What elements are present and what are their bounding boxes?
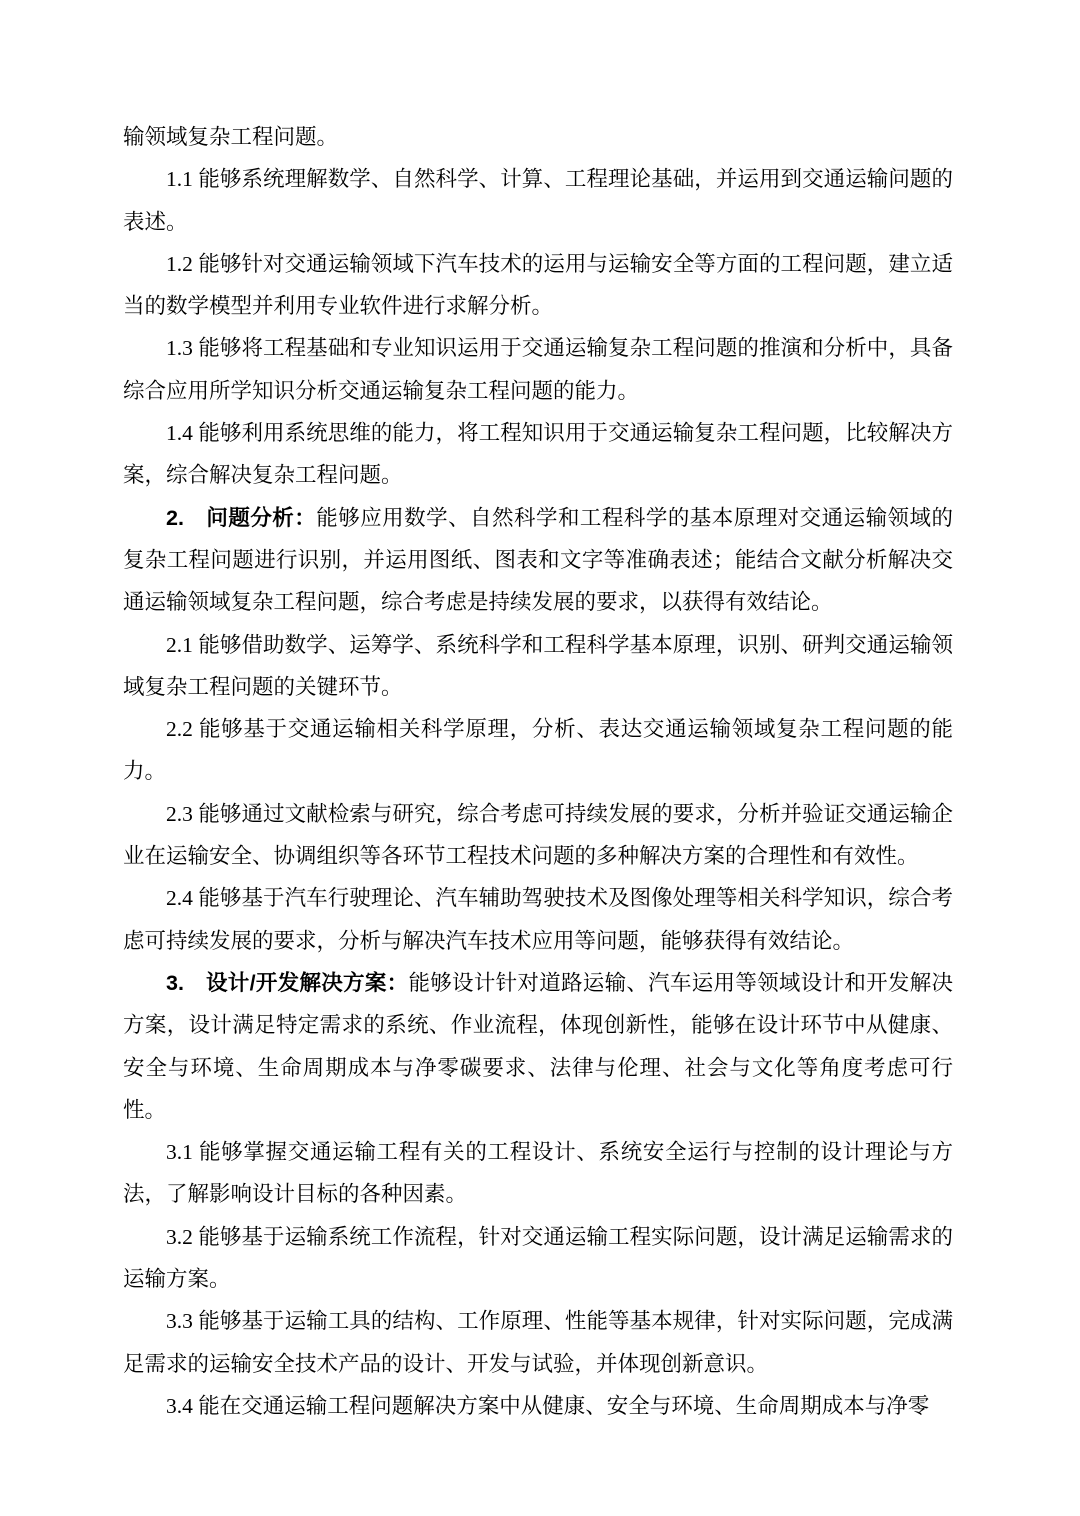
paragraph-text: 3.4 能在交通运输工程问题解决方案中从健康、安全与环境、生命周期成本与净零: [166, 1394, 929, 1418]
paragraph: 3.1 能够掌握交通运输工程有关的工程设计、系统安全运行与控制的设计理论与方法，…: [123, 1131, 953, 1216]
paragraph: 1.3 能够将工程基础和专业知识运用于交通运输复杂工程问题的推演和分析中，具备综…: [123, 327, 953, 412]
paragraph-text: 1.2 能够针对交通运输领域下汽车技术的运用与运输安全等方面的工程问题，建立适当…: [123, 252, 953, 318]
paragraph-text: 3.3 能够基于运输工具的结构、工作原理、性能等基本规律，针对实际问题，完成满足…: [123, 1309, 953, 1375]
paragraph-text: 3.2 能够基于运输系统工作流程，针对交通运输工程实际问题，设计满足运输需求的运…: [123, 1225, 953, 1291]
paragraph-text: 2.2 能够基于交通运输相关科学原理，分析、表达交通运输领域复杂工程问题的能力。: [123, 717, 953, 783]
paragraph: 2.4 能够基于汽车行驶理论、汽车辅助驾驶技术及图像处理等相关科学知识，综合考虑…: [123, 877, 953, 962]
paragraph: 3.4 能在交通运输工程问题解决方案中从健康、安全与环境、生命周期成本与净零: [123, 1385, 953, 1427]
paragraph-text: 2.3 能够通过文献检索与研究，综合考虑可持续发展的要求，分析并验证交通运输企业…: [123, 802, 953, 868]
document-body: 输领域复杂工程问题。1.1 能够系统理解数学、自然科学、计算、工程理论基础，并运…: [123, 116, 953, 1427]
document-page: 输领域复杂工程问题。1.1 能够系统理解数学、自然科学、计算、工程理论基础，并运…: [0, 0, 1080, 1516]
paragraph-text: 2.1 能够借助数学、运筹学、系统科学和工程科学基本原理，识别、研判交通运输领域…: [123, 633, 953, 699]
paragraph-text: 1.3 能够将工程基础和专业知识运用于交通运输复杂工程问题的推演和分析中，具备综…: [123, 336, 953, 402]
paragraph-lead: 2. 问题分析：: [166, 506, 316, 530]
paragraph: 3. 设计/开发解决方案：能够设计针对道路运输、汽车运用等领域设计和开发解决方案…: [123, 962, 953, 1131]
paragraph: 2.1 能够借助数学、运筹学、系统科学和工程科学基本原理，识别、研判交通运输领域…: [123, 624, 953, 709]
paragraph: 1.4 能够利用系统思维的能力，将工程知识用于交通运输复杂工程问题，比较解决方案…: [123, 412, 953, 497]
paragraph: 2.2 能够基于交通运输相关科学原理，分析、表达交通运输领域复杂工程问题的能力。: [123, 708, 953, 793]
paragraph: 输领域复杂工程问题。: [123, 116, 953, 158]
paragraph: 1.2 能够针对交通运输领域下汽车技术的运用与运输安全等方面的工程问题，建立适当…: [123, 243, 953, 328]
paragraph: 3.2 能够基于运输系统工作流程，针对交通运输工程实际问题，设计满足运输需求的运…: [123, 1216, 953, 1301]
paragraph-text: 输领域复杂工程问题。: [123, 125, 338, 149]
paragraph-text: 1.4 能够利用系统思维的能力，将工程知识用于交通运输复杂工程问题，比较解决方案…: [123, 421, 953, 487]
paragraph-text: 2.4 能够基于汽车行驶理论、汽车辅助驾驶技术及图像处理等相关科学知识，综合考虑…: [123, 886, 953, 952]
paragraph-text: 3.1 能够掌握交通运输工程有关的工程设计、系统安全运行与控制的设计理论与方法，…: [123, 1140, 953, 1206]
paragraph: 2.3 能够通过文献检索与研究，综合考虑可持续发展的要求，分析并验证交通运输企业…: [123, 793, 953, 878]
paragraph-text: 1.1 能够系统理解数学、自然科学、计算、工程理论基础，并运用到交通运输问题的表…: [123, 167, 953, 233]
paragraph: 2. 问题分析：能够应用数学、自然科学和工程科学的基本原理对交通运输领域的复杂工…: [123, 497, 953, 624]
paragraph: 1.1 能够系统理解数学、自然科学、计算、工程理论基础，并运用到交通运输问题的表…: [123, 158, 953, 243]
paragraph: 3.3 能够基于运输工具的结构、工作原理、性能等基本规律，针对实际问题，完成满足…: [123, 1300, 953, 1385]
paragraph-lead: 3. 设计/开发解决方案：: [166, 971, 408, 995]
